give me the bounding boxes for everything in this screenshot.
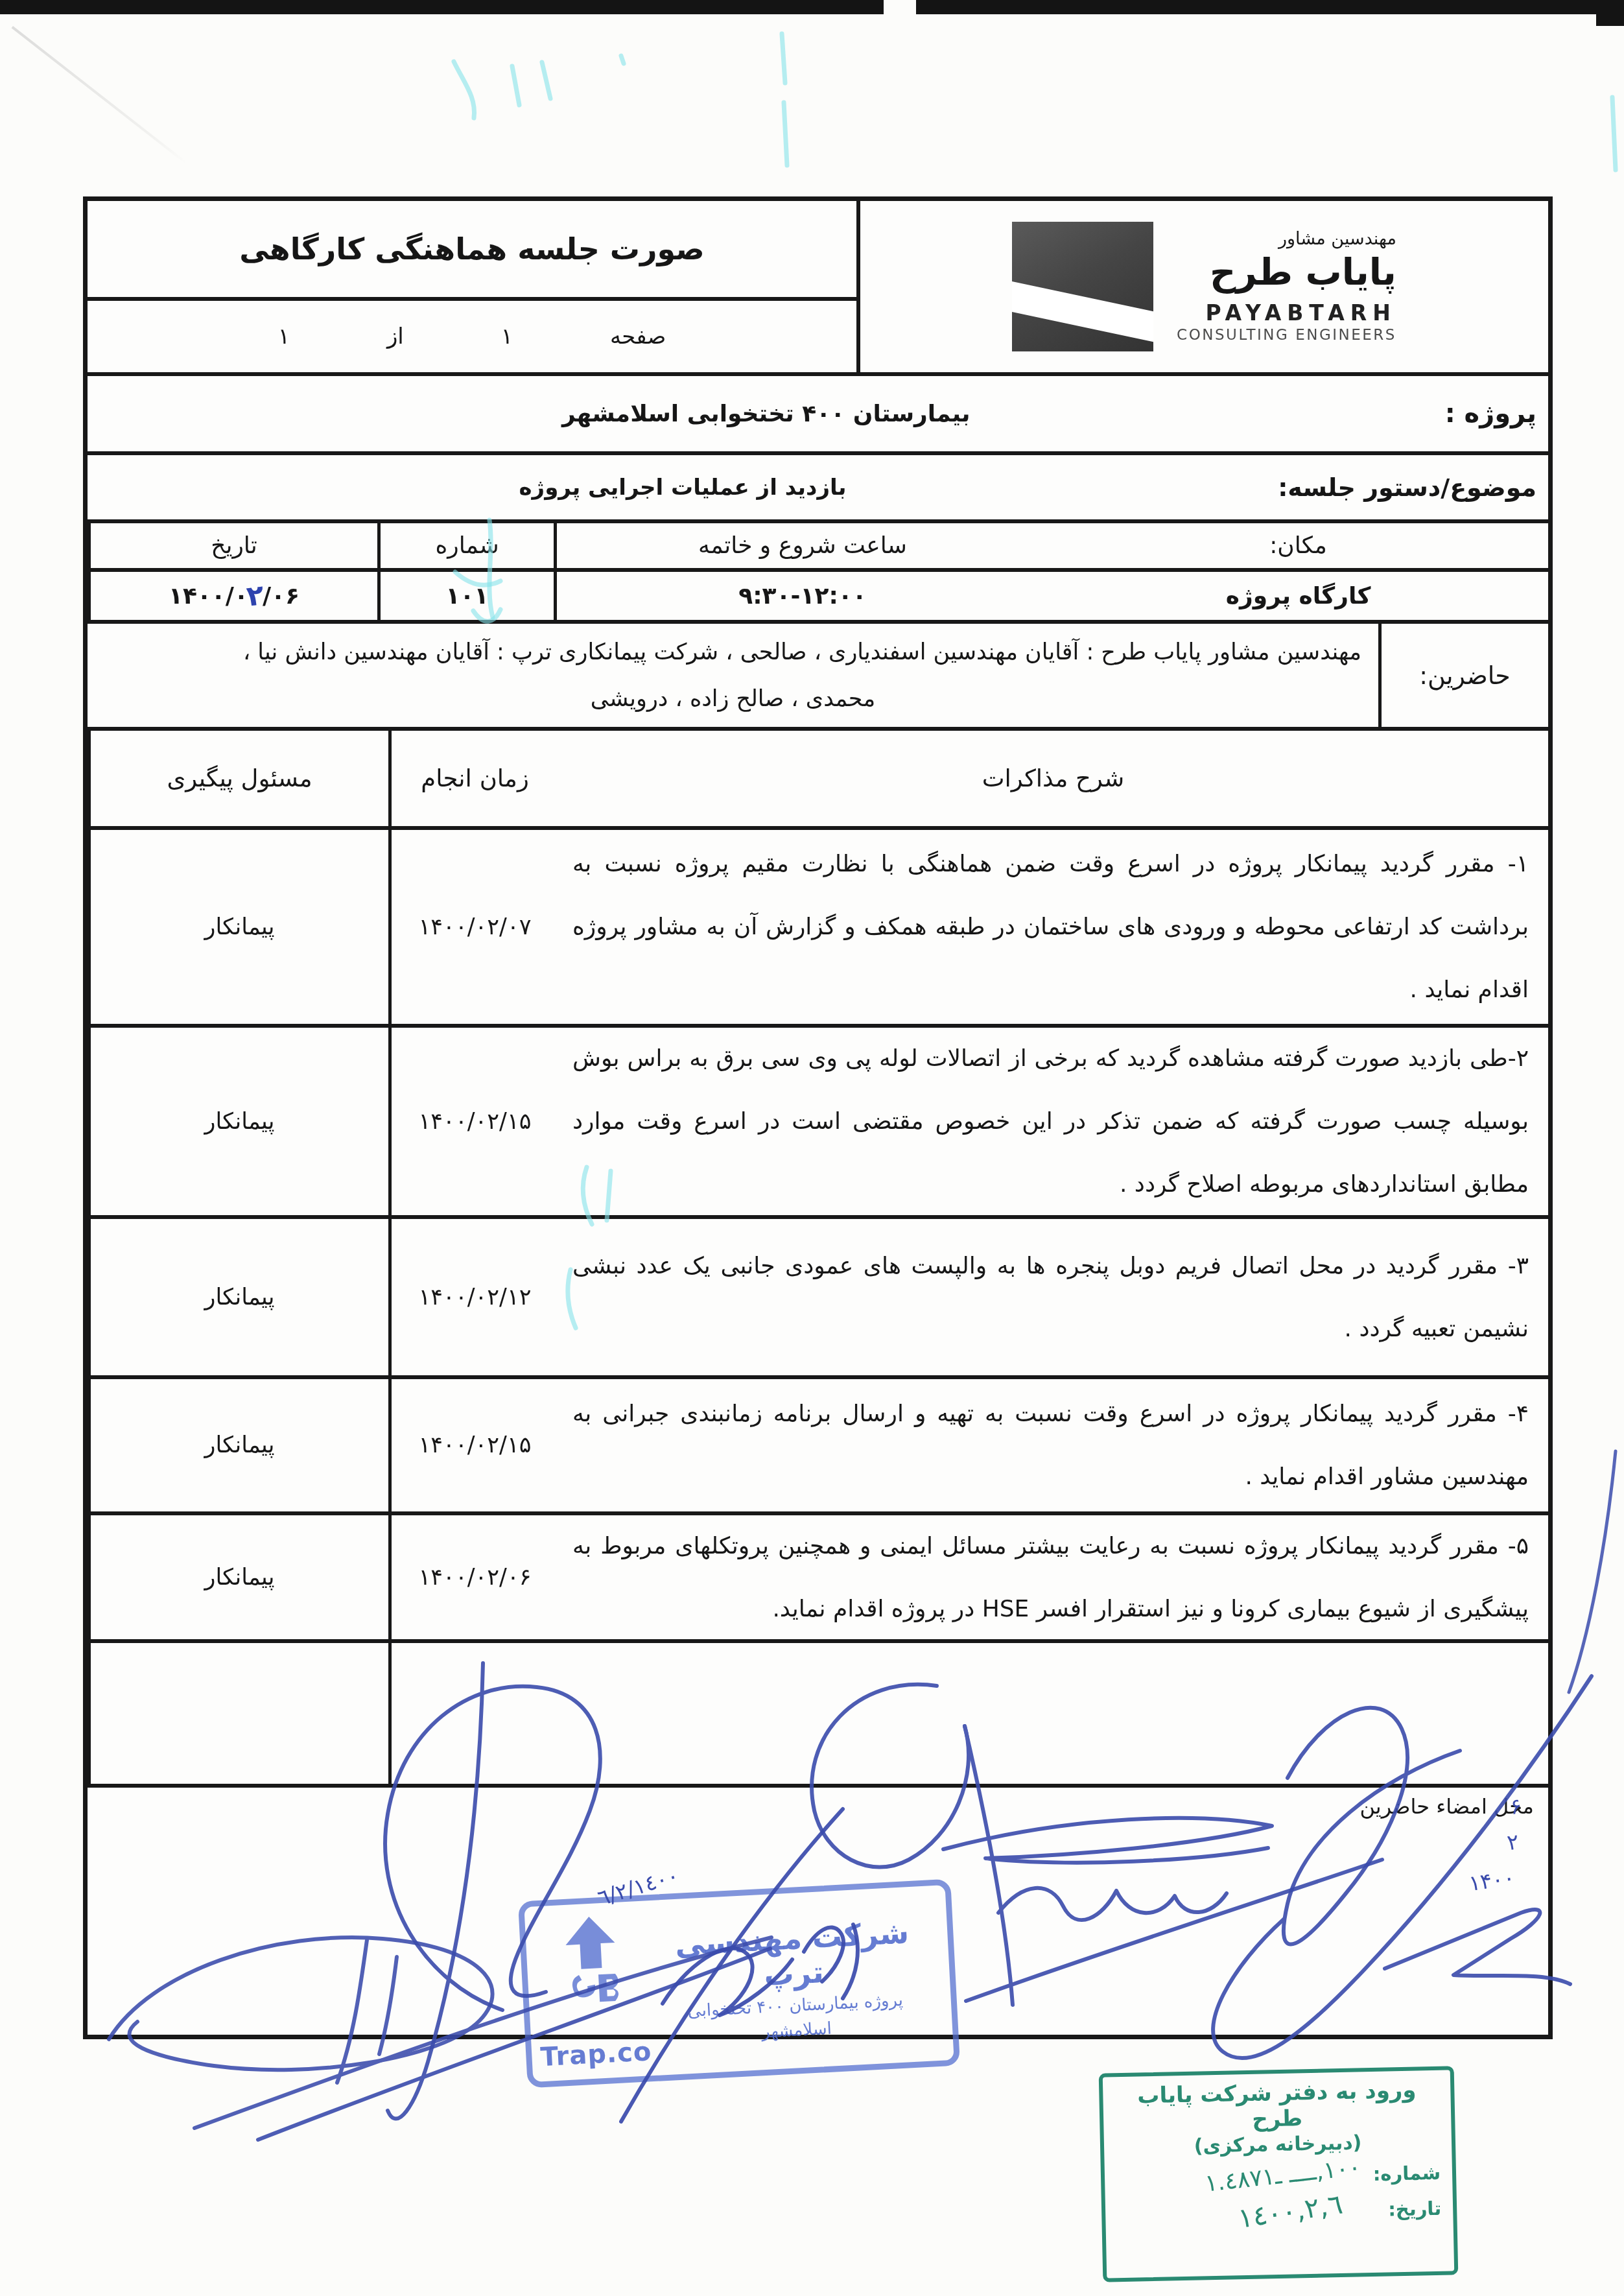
page-total: ۱ [278, 324, 290, 349]
discussion-item-row-5: ۵- مقرر گردید پیمانکار پروژه نسبت به رعا… [88, 1515, 1548, 1643]
header-band: مهندسین مشاور پایاب طرح PAYABTARH CONSUL… [88, 201, 1548, 376]
company-logo-text: مهندسین مشاور پایاب طرح PAYABTARH CONSUL… [1177, 228, 1396, 345]
date-header: تاریخ [88, 523, 377, 568]
attendees-label: حاضرین: [1378, 624, 1548, 727]
item-5-text-cell: ۵- مقرر گردید پیمانکار پروژه نسبت به رعا… [558, 1515, 1548, 1639]
number-value: ۱۰۱ [377, 572, 554, 620]
discussion-time-header: زمان انجام [388, 731, 558, 826]
entry-stamp-date-value: ١٤٠٠,٢,٦ [1236, 2188, 1345, 2234]
page-label: صفحه [610, 324, 666, 349]
location-value: کارگاه پروژه [1048, 572, 1548, 620]
signature-right-edge-stroke [1569, 1451, 1616, 1692]
item-4-date: ۱۴۰۰/۰۲/۱۵ [388, 1379, 558, 1511]
scan-edge-bar-right [916, 0, 1624, 14]
logo-en-name: PAYABTARH [1177, 300, 1396, 326]
logo-swoosh-shape [1012, 279, 1153, 346]
time-header: ساعت شروع و خاتمه [554, 523, 1048, 568]
item-4-text: ۴- مقرر گردید پیمانکار پروژه در اسرع وقت… [572, 1382, 1529, 1508]
item-2-text-cell: ۲-طی بازدید صورت گرفته مشاهده گردید که ب… [558, 1028, 1548, 1215]
item-1-responsible: پیمانکار [88, 830, 388, 1024]
entry-receipt-stamp: ورود به دفتر شرکت پایاب طرح (دبیرخانه مر… [1099, 2066, 1459, 2282]
time-value: ۹:۳۰-۱۲:۰۰ [554, 572, 1048, 620]
contractor-stamp: Trap.co شرکت مهندسی ترپ پروژه بیمارستان … [518, 1879, 960, 2089]
item-3-responsible: پیمانکار [88, 1219, 388, 1375]
item-2-responsible: پیمانکار [88, 1028, 388, 1215]
empty-resp-cell [88, 1643, 388, 1784]
item-5-date: ۱۴۰۰/۰۲/۰۶ [388, 1515, 558, 1639]
item-5-responsible: پیمانکار [88, 1515, 388, 1639]
scan-edge-corner [1596, 0, 1624, 26]
date-printed-suffix: /۰۶ [263, 583, 300, 610]
entry-stamp-title: ورود به دفتر شرکت پایاب طرح [1114, 2077, 1440, 2135]
empty-text-cell [558, 1643, 1548, 1784]
entry-stamp-date-field: تاریخ: ١٤٠٠,٢,٦ [1117, 2192, 1442, 2231]
meta-value-row: کارگاه پروژه ۹:۳۰-۱۲:۰۰ ۱۰۱ ۱۴۰۰/۰۲/۰۶ [88, 572, 1548, 624]
logo-fa-name: پایاب طرح [1177, 250, 1396, 296]
item-3-text: ۳- مقرر گردید در محل اتصال فریم دوبل پنج… [572, 1235, 1529, 1360]
subject-value: بازدید از عملیات اجرایی پروژه [88, 455, 1278, 519]
handwritten-date-right-stack: ۶ ۲ ۱۴۰۰ [1448, 1788, 1533, 1902]
number-header: شماره [377, 523, 554, 568]
project-label: پروژه : [1445, 376, 1548, 451]
discussion-desc-header: شرح مذاکرات [558, 731, 1548, 826]
item-3-text-cell: ۳- مقرر گردید در محل اتصال فریم دوبل پنج… [558, 1219, 1548, 1375]
entry-stamp-number-label: شماره: [1372, 2161, 1441, 2184]
date-printed-prefix: ۱۴۰۰/۰ [169, 583, 248, 610]
item-3-date: ۱۴۰۰/۰۲/۱۲ [388, 1219, 558, 1375]
subject-label: موضوع/دستور جلسه: [1278, 455, 1548, 519]
attendees-line2: محمدی ، صالح زاده ، درویشی [104, 676, 1361, 722]
page-number: ۱ [501, 324, 513, 349]
discussion-header-row: شرح مذاکرات زمان انجام مسئول پیگیری [88, 731, 1548, 830]
form-title: صورت جلسه هماهنگی کارگاهی [88, 201, 856, 301]
item-4-text-cell: ۴- مقرر گردید پیمانکار پروژه در اسرع وقت… [558, 1379, 1548, 1511]
item-1-text: ۱- مقرر گردید پیمانکار پروژه در اسرع وقت… [572, 833, 1529, 1021]
location-header: مکان: [1048, 523, 1548, 568]
contractor-stamp-line1: شرکت مهندسی ترپ [644, 1913, 941, 1999]
attendees-text: مهندسین مشاور پایاب طرح : آقایان مهندسین… [88, 624, 1378, 727]
discussion-resp-header: مسئول پیگیری [88, 731, 388, 826]
contractor-stamp-icon-column: Trap.co [534, 1908, 652, 2076]
discussion-item-row-1: ۱- مقرر گردید پیمانکار پروژه در اسرع وقت… [88, 830, 1548, 1028]
attendees-line1: مهندسین مشاور پایاب طرح : آقایان مهندسین… [104, 629, 1361, 676]
scanned-meeting-minutes-page: { "colors":{"ink_blue":"#3a4bac","stamp_… [0, 0, 1624, 2296]
logo-en-subtitle: CONSULTING ENGINEERS [1177, 326, 1396, 345]
trap-logo-icon [550, 1911, 632, 2006]
discussion-item-row-2: ۲-طی بازدید صورت گرفته مشاهده گردید که ب… [88, 1028, 1548, 1219]
project-row: پروژه : بیمارستان ۴۰۰ تختخوابی اسلامشهر [88, 376, 1548, 455]
entry-stamp-number-field: شماره: ١٠٠,ــــ ـ١.٤٨٧١ [1116, 2159, 1441, 2192]
item-2-date: ۱۴۰۰/۰۲/۱۵ [388, 1028, 558, 1215]
company-logo-icon [1012, 222, 1153, 351]
subject-row: موضوع/دستور جلسه: بازدید از عملیات اجرای… [88, 455, 1548, 523]
scan-edge-bar-left [0, 0, 884, 14]
item-1-date: ۱۴۰۰/۰۲/۰۷ [388, 830, 558, 1024]
item-2-text: ۲-طی بازدید صورت گرفته مشاهده گردید که ب… [572, 1027, 1529, 1216]
meeting-minutes-form: مهندسین مشاور پایاب طرح PAYABTARH CONSUL… [83, 196, 1553, 2039]
page-indicator: صفحه ۱ از ۱ [88, 301, 856, 372]
attendees-row: حاضرین: مهندسین مشاور پایاب طرح : آقایان… [88, 624, 1548, 731]
item-5-text: ۵- مقرر گردید پیمانکار پروژه نسبت به رعا… [572, 1515, 1529, 1640]
company-logo-block: مهندسین مشاور پایاب طرح PAYABTARH CONSUL… [856, 201, 1548, 372]
empty-date-cell [388, 1643, 558, 1784]
project-value: بیمارستان ۴۰۰ تختخوابی اسلامشهر [88, 376, 1445, 451]
item-1-text-cell: ۱- مقرر گردید پیمانکار پروژه در اسرع وقت… [558, 830, 1548, 1024]
entry-stamp-date-label: تاریخ: [1388, 2197, 1442, 2220]
contractor-stamp-text: شرکت مهندسی ترپ پروژه بیمارستان ۴۰۰ تختخ… [644, 1892, 945, 2069]
discussion-empty-row [88, 1643, 1548, 1788]
date-value: ۱۴۰۰/۰۲/۰۶ [88, 572, 377, 620]
meta-header-row: مکان: ساعت شروع و خاتمه شماره تاریخ [88, 523, 1548, 572]
contractor-stamp-brand: Trap.co [540, 2037, 653, 2072]
scan-crease [12, 26, 187, 163]
discussion-item-row-4: ۴- مقرر گردید پیمانکار پروژه در اسرع وقت… [88, 1379, 1548, 1515]
title-column: صورت جلسه هماهنگی کارگاهی صفحه ۱ از ۱ [88, 201, 856, 372]
discussion-item-row-3: ۳- مقرر گردید در محل اتصال فریم دوبل پنج… [88, 1219, 1548, 1379]
item-4-responsible: پیمانکار [88, 1379, 388, 1511]
logo-fa-tagline: مهندسین مشاور [1177, 228, 1396, 250]
page-of-label: از [387, 324, 404, 349]
